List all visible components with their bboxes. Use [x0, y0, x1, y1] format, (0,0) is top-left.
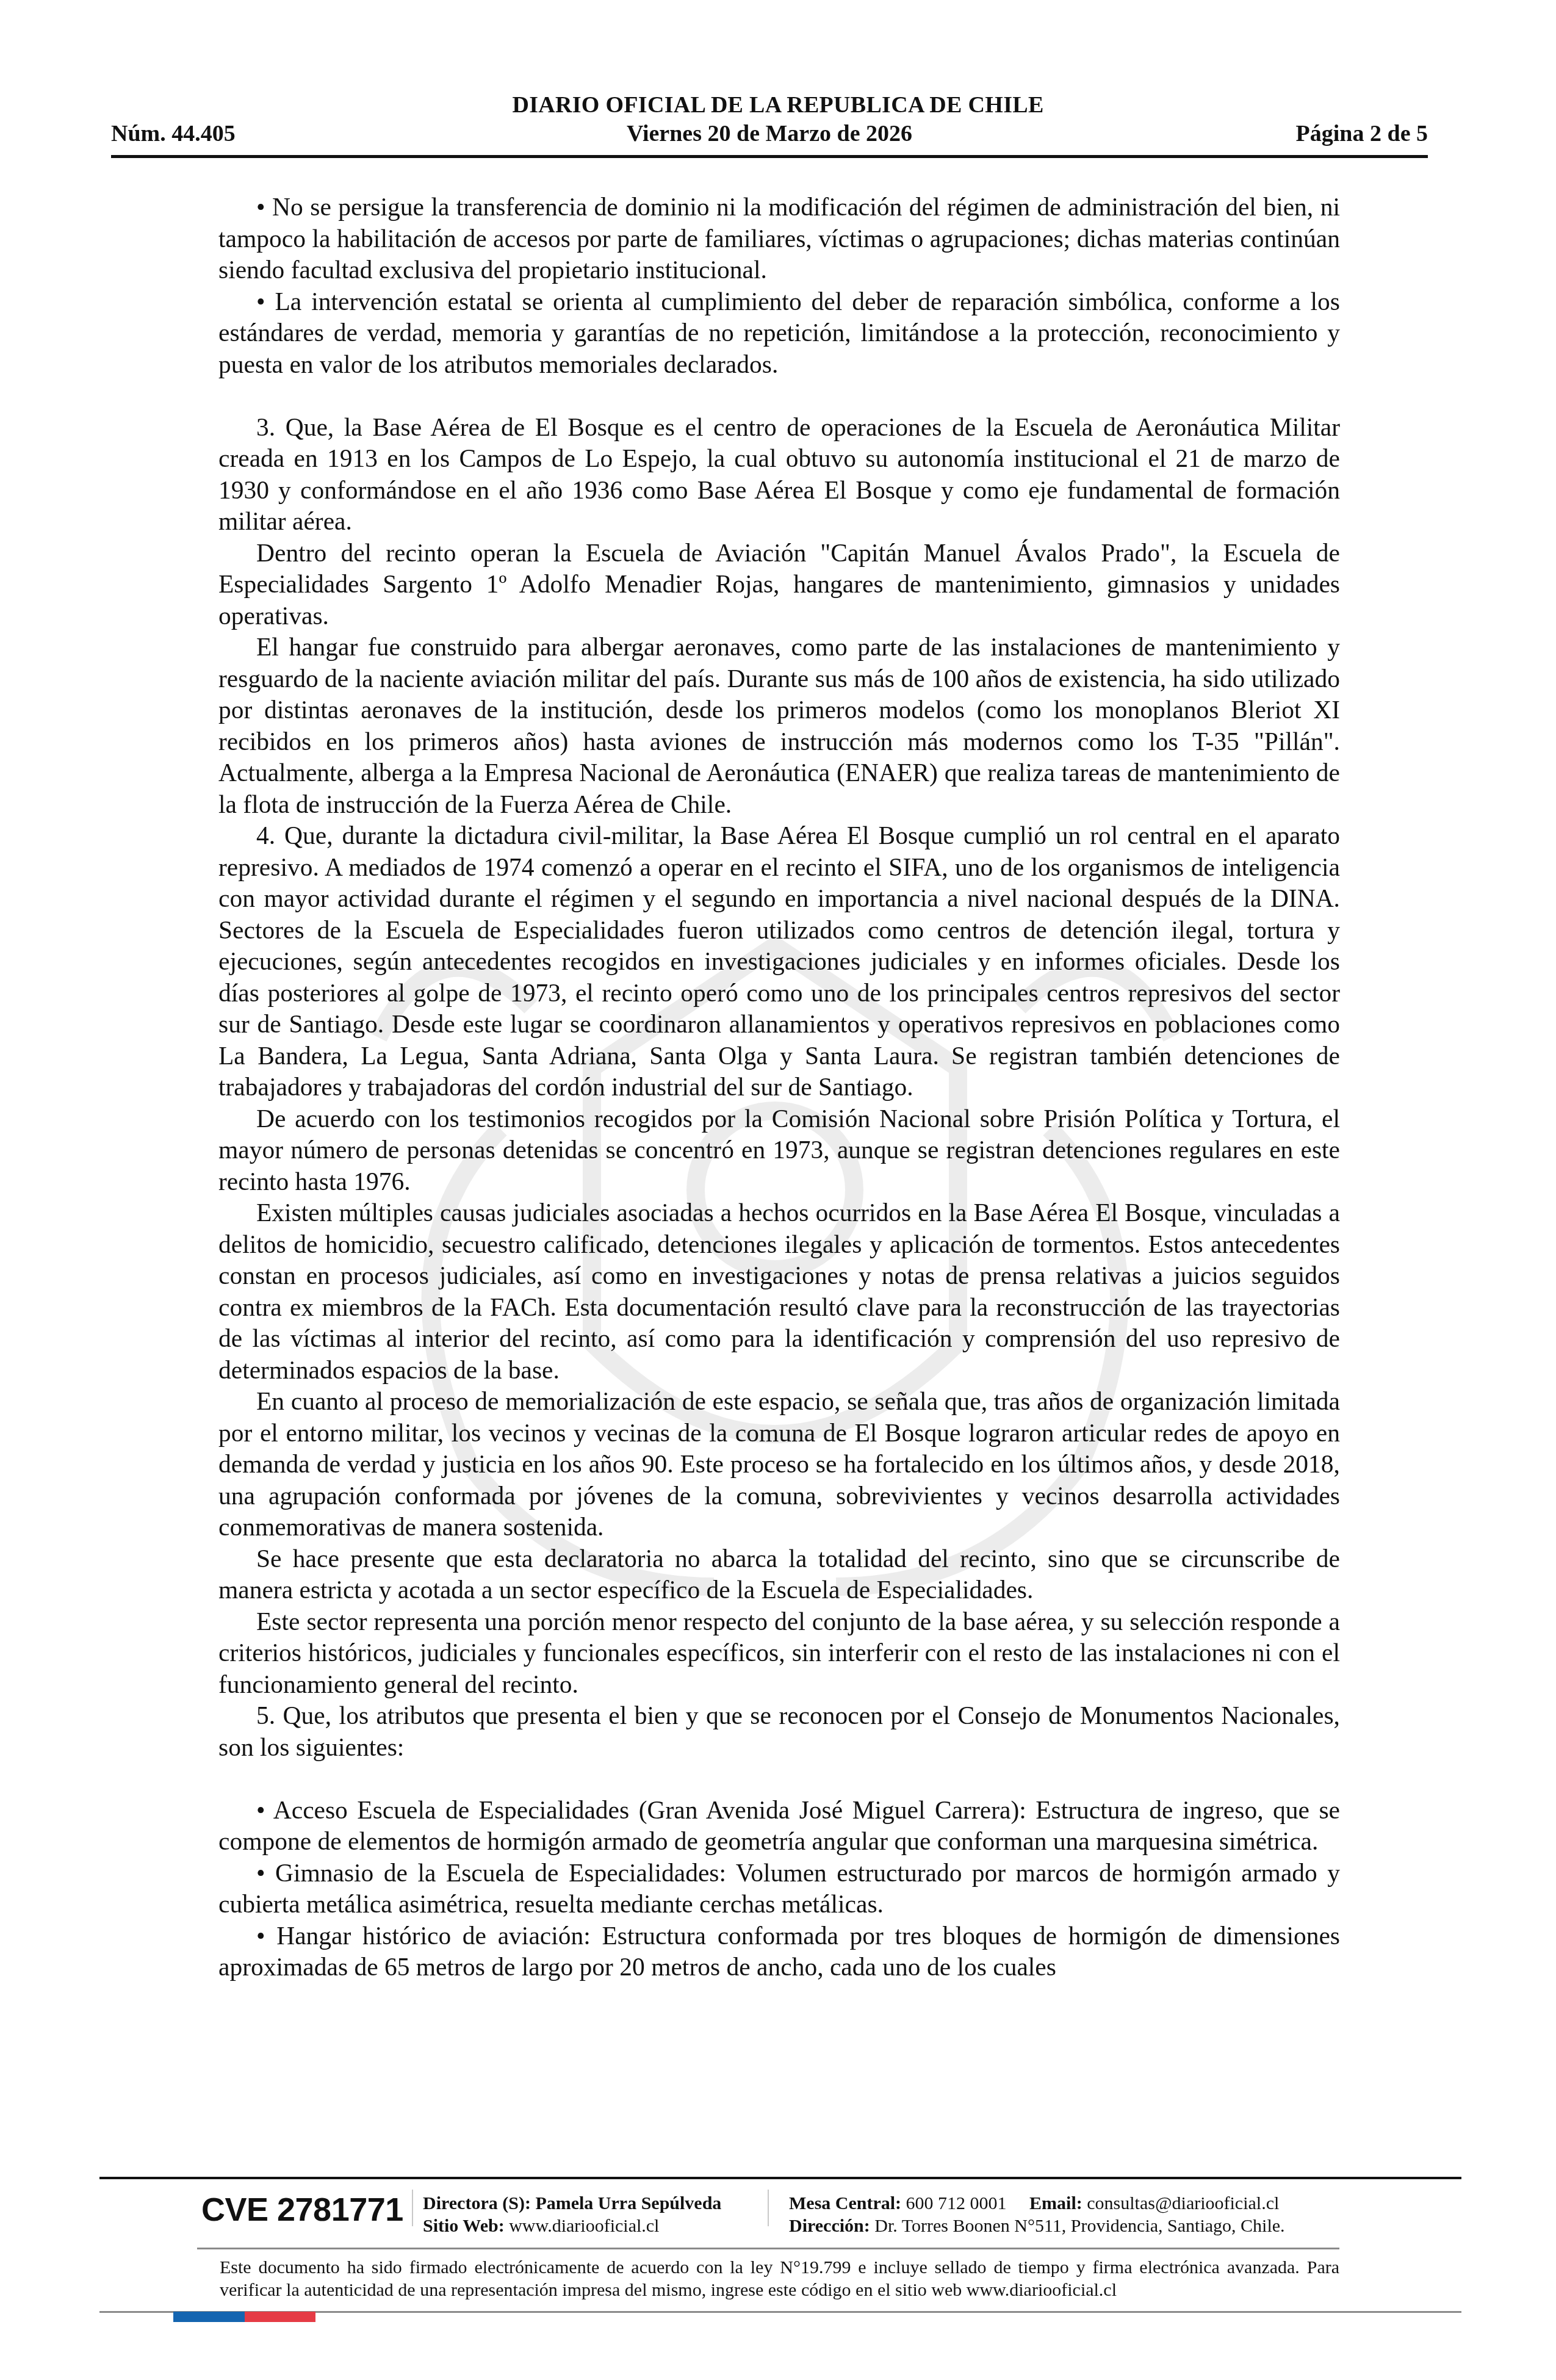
paragraph-recinto: Dentro del recinto operan la Escuela de …: [218, 538, 1340, 632]
email-label: Email:: [1029, 2193, 1082, 2213]
paragraph-bullet-state-intervention: • La intervención estatal se orienta al …: [218, 286, 1340, 381]
footer-separator: [412, 2190, 413, 2226]
paragraph-considerando-5: 5. Que, los atributos que presenta el bi…: [218, 1700, 1340, 1763]
paragraph-testimonios: De acuerdo con los testimonios recogidos…: [218, 1103, 1340, 1198]
address-line: Dirección: Dr. Torres Boonen N°511, Prov…: [789, 2215, 1285, 2237]
website-link[interactable]: www.diariooficial.cl: [509, 2216, 659, 2236]
paragraph-considerando-3: 3. Que, la Base Aérea de El Bosque es el…: [218, 412, 1340, 538]
header-divider: [111, 155, 1428, 158]
paragraph-declaratoria-alcance: Se hace presente que esta declaratoria n…: [218, 1543, 1340, 1606]
phone-number: 600 712 0001: [906, 2193, 1007, 2213]
paragraph-causas-judiciales: Existen múltiples causas judiciales asoc…: [218, 1197, 1340, 1386]
director-name: Pamela Urra Sepúlveda: [535, 2193, 721, 2213]
signature-disclaimer: Este documento ha sido firmado electróni…: [220, 2256, 1339, 2301]
flag-stripe-blue: [173, 2312, 245, 2322]
email-link[interactable]: consultas@diariooficial.cl: [1087, 2193, 1279, 2213]
phone-label: Mesa Central:: [789, 2193, 901, 2213]
paragraph-bullet-acceso: • Acceso Escuela de Especialidades (Gran…: [218, 1795, 1340, 1858]
website-line: Sitio Web: www.diariooficial.cl: [423, 2215, 721, 2237]
paragraph-sector: Este sector representa una porción menor…: [218, 1606, 1340, 1701]
paragraph-bullet-gimnasio: • Gimnasio de la Escuela de Especialidad…: [218, 1858, 1340, 1920]
footer-divider-top: [99, 2177, 1461, 2179]
footer-divider-middle: [197, 2248, 1339, 2249]
spacer: [218, 380, 1340, 412]
director-line: Directora (S): Pamela Urra Sepúlveda: [423, 2192, 721, 2215]
issue-number: Núm. 44.405: [111, 120, 236, 147]
paragraph-memorializacion: En cuanto al proceso de memorialización …: [218, 1386, 1340, 1543]
footer-separator: [768, 2190, 769, 2226]
publication-title: DIARIO OFICIAL DE LA REPUBLICA DE CHILE: [0, 92, 1556, 118]
director-label: Directora (S):: [423, 2193, 531, 2213]
paragraph-bullet-hangar: • Hangar histórico de aviación: Estructu…: [218, 1920, 1340, 1983]
page-indicator: Página 2 de 5: [1296, 120, 1428, 147]
issue-date: Viernes 20 de Marzo de 2026: [111, 120, 1428, 147]
flag-stripe-red: [245, 2312, 315, 2322]
contact-line: Mesa Central: 600 712 0001 Email: consul…: [789, 2192, 1285, 2215]
address-value: Dr. Torres Boonen N°511, Providencia, Sa…: [874, 2216, 1284, 2236]
footer-contact-block: Mesa Central: 600 712 0001 Email: consul…: [789, 2192, 1285, 2237]
address-label: Dirección:: [789, 2216, 870, 2236]
document-body: • No se persigue la transferencia de dom…: [218, 192, 1340, 1983]
paragraph-hangar: El hangar fue construido para albergar a…: [218, 632, 1340, 820]
header-meta-row: Viernes 20 de Marzo de 2026 Núm. 44.405 …: [111, 120, 1428, 151]
paragraph-bullet-transfer: • No se persigue la transferencia de dom…: [218, 192, 1340, 286]
spacer: [218, 1763, 1340, 1795]
website-label: Sitio Web:: [423, 2216, 505, 2236]
paragraph-considerando-4: 4. Que, durante la dictadura civil-milit…: [218, 820, 1340, 1103]
cve-code: CVE 2781771: [201, 2191, 403, 2229]
footer-director-block: Directora (S): Pamela Urra Sepúlveda Sit…: [423, 2192, 721, 2237]
